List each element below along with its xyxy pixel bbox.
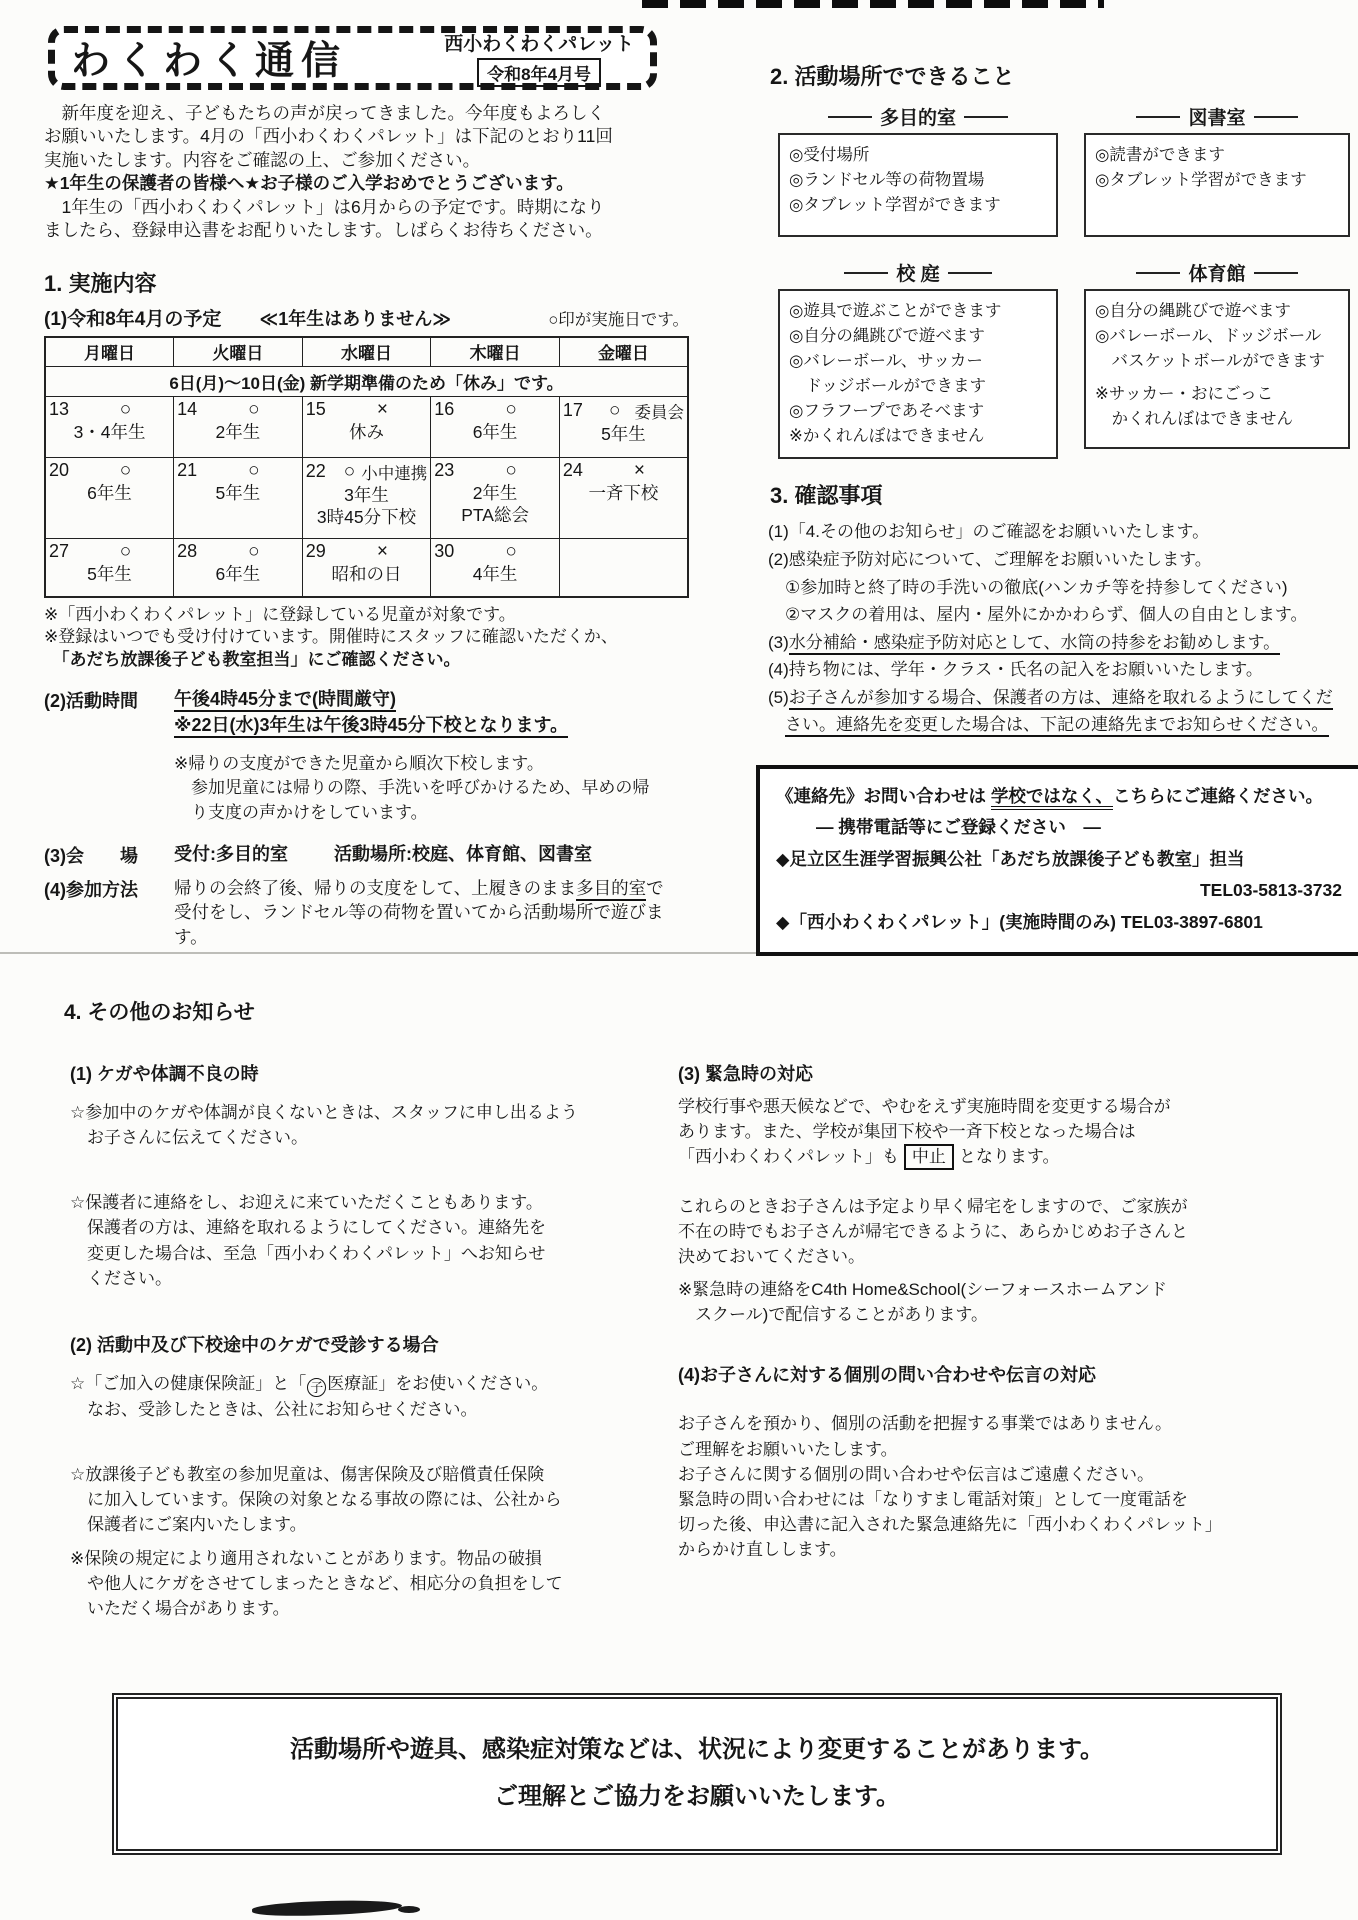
cell-grade: 6年生 [49, 482, 170, 505]
room-item: ◎自分の縄跳びで遊べます [1095, 299, 1339, 324]
cell-date: 24 [563, 460, 595, 481]
cell-date: 13 [49, 399, 81, 420]
scan-artifact-bottom [398, 1906, 420, 1913]
cell-mark: ○ [595, 400, 635, 422]
col-header-tuesday: 火曜日 [174, 337, 303, 367]
venue-value: 受付:多目的室 活動場所:校庭、体育館、図書室 [174, 842, 592, 868]
notice-line: 決めておいてください。 [678, 1244, 1334, 1269]
cell-grade: 2年生 [434, 482, 556, 505]
activity-time-label: (2)活動時間 [44, 687, 174, 737]
item-text: 感染症予防対応について、ご理解をお願いいたします。 [789, 550, 1212, 569]
cell-date: 29 [306, 541, 338, 562]
item-number: (1) [768, 522, 789, 541]
schedule-cell: 13○ 3・4年生 [45, 396, 174, 457]
scan-artifact-top [642, 0, 1104, 8]
item-number: (3) [768, 633, 789, 652]
contact-line: 《連絡先》お問い合わせは 学校ではなく、こちらにご連絡ください。 [776, 781, 1358, 813]
rule-line [1254, 272, 1298, 274]
notice-line: 「西小わくわくパレット」も中止となります。 [678, 1144, 1334, 1169]
room-item: ◎遊具で遊ぶことができます [789, 299, 1047, 324]
notice-line: ☆「ご加入の健康保険証」と「子医療証」をお使いください。 [70, 1371, 630, 1397]
early-dismissal-text: ※22日(水)3年生は午後3時45分下校となります。 [174, 715, 568, 738]
rule-line [828, 116, 872, 118]
activity-time-row: (2)活動時間 午後4時45分まで(時間厳守) ※22日(水)3年生は午後3時4… [44, 687, 692, 737]
masthead-right: 西小わくわくパレット 令和8年4月号 [444, 29, 634, 87]
cell-tag: 委員会 [635, 399, 685, 423]
schedule-cell: 28○ 6年生 [174, 538, 303, 597]
item-number [768, 715, 785, 734]
cell-date: 28 [177, 541, 209, 562]
intro-line: 1年生の「西小わくわくパレット」は6月からの予定です。時期になり [44, 196, 680, 219]
intro-line: ★1年生の保護者の皆様へ★お子様のご入学おめでとうございます。 [44, 172, 680, 195]
cell-mark: × [338, 541, 428, 563]
footer-notice-box: 活動場所や遊具、感染症対策などは、状況により変更することがあります。 ご理解とご… [112, 1693, 1282, 1855]
item-number: (2) [768, 550, 789, 569]
rule-line [1254, 116, 1298, 118]
right-column: 2. 活動場所でできること 多目的室 ◎受付場所 ◎ランドセル等の荷物置場 ◎タ… [692, 26, 1358, 952]
notices-right-column: (3) 緊急時の対応 学校行事や悪天候などで、やむをえず実施時間を変更する場合が… [678, 1060, 1334, 1621]
cell-grade: 6年生 [177, 563, 299, 586]
cell-mark: ○ [209, 399, 299, 421]
cell-grade: 昭和の日 [306, 563, 428, 586]
schedule-cell: 21○ 5年生 [174, 457, 303, 538]
notice4-paragraph: お子さんを預かり、個別の活動を把握する事業ではありません。 ご理解をお願いいたし… [678, 1411, 1334, 1562]
confirmation-item: (5)お子さんが参加する場合、保護者の方は、連絡を取れるようにしてくだ [768, 684, 1358, 712]
schedule-cell: 23○ 2年生 PTA総会 [431, 457, 560, 538]
phone-number: TEL03-3897-6801 [1121, 912, 1263, 932]
contact-org: ◆足立区生涯学習振興公社「あだち放課後子ども教室」担当 [776, 844, 1358, 876]
notice-line: なお、受診したときは、公社にお知らせください。 [70, 1397, 630, 1422]
cell-grade: 休み [306, 421, 428, 444]
item-number: ① [768, 578, 800, 597]
intro-line: 新年度を迎え、子どもたちの声が戻ってきました。今年度もよろしく [44, 102, 680, 125]
cell-mark: ○ [466, 460, 556, 482]
table-header-row: 月曜日 火曜日 水曜日 木曜日 金曜日 [45, 337, 688, 367]
schedule-cell: 30○ 4年生 [431, 538, 560, 597]
cell-grade: 4年生 [434, 563, 556, 586]
cell-mark: ○ [81, 460, 170, 482]
cancel-line-pre: 「西小わくわくパレット」も [678, 1147, 899, 1166]
cell-mark: ○ [466, 399, 556, 421]
notice2-paragraph: ☆放課後子ども教室の参加児童は、傷害保険及び賠償責任保険 に加入しています。保険… [70, 1462, 630, 1537]
cell-date: 16 [434, 399, 466, 420]
scan-artifact-bottom [252, 1898, 402, 1917]
masthead: わくわく通信 西小わくわくパレット 令和8年4月号 [48, 26, 657, 90]
plan-note: ≪1年生はありません≫ [259, 305, 451, 331]
schedule-cell: 16○ 6年生 [431, 396, 560, 457]
venue-reception: 受付:多目的室 [174, 842, 288, 868]
room-header: 多目的室 [778, 103, 1058, 130]
cell-mark: × [338, 399, 428, 421]
confirmation-item: さい。連絡先を変更した場合は、下記の連絡先までお知らせください。 [768, 711, 1358, 739]
contact-intro-post: こちらにご連絡ください。 [1113, 786, 1323, 806]
col-header-monday: 月曜日 [45, 337, 174, 367]
rule-line [1136, 272, 1180, 274]
notice3-paragraph: ※緊急時の連絡をC4th Home&School(シーフォースホームアンド スク… [678, 1277, 1334, 1327]
schedule-table: 月曜日 火曜日 水曜日 木曜日 金曜日 6日(月)〜10日(金) 新学期準備のた… [44, 336, 689, 598]
footer-line: ご理解とご協力をお願いいたします。 [128, 1774, 1266, 1821]
room-schoolyard: 校 庭 ◎遊具で遊ぶことができます ◎自分の縄跳びで遊べます ◎バレーボール、サ… [778, 259, 1058, 459]
join-line1-pre: 帰りの会終了後、帰りの支度をして、上履きのまま [174, 878, 576, 898]
rule-line [844, 272, 888, 274]
note-line: ※登録はいつでも受け付けています。開催時にスタッフに確認いただくか、 [44, 626, 689, 649]
cell-grade: 5年生 [49, 563, 170, 586]
room-item: ◎タブレット学習ができます [1095, 168, 1339, 193]
room-item: ◎バレーボール、サッカー [789, 349, 1047, 374]
item-text: さい。連絡先を変更した場合は、下記の連絡先までお知らせください。 [785, 715, 1329, 737]
confirmation-item: (3)水分補給・感染症予防対応として、水筒の持参をお勧めします。 [768, 629, 1358, 657]
room-item: ◎読書ができます [1095, 143, 1339, 168]
contact-intro: 《連絡先》お問い合わせは [776, 786, 991, 806]
time-notes: ※帰りの支度ができた児童から順次下校します。 参加児童には帰りの際、手洗いを呼び… [174, 752, 692, 826]
room-item: ◎フラフープであそべます [789, 399, 1047, 424]
room-item: ※サッカー・おにごっこ [1095, 382, 1339, 407]
cell-grade: 3・4年生 [49, 421, 170, 444]
room-header: 校 庭 [778, 259, 1058, 286]
room-box: ◎自分の縄跳びで遊べます ◎バレーボール、ドッジボール バスケットボールができま… [1084, 289, 1350, 449]
notice3-paragraph: 学校行事や悪天候などで、やむをえず実施時間を変更する場合が あります。また、学校… [678, 1094, 1334, 1170]
top-section: わくわく通信 西小わくわくパレット 令和8年4月号 新年度を迎え、子どもたちの声… [0, 0, 1358, 952]
cell-note: PTA総会 [434, 504, 556, 527]
room-box: ◎受付場所 ◎ランドセル等の荷物置場 ◎タブレット学習ができます [778, 133, 1058, 237]
item-number: (4) [768, 660, 789, 679]
not-school-emphasis: 学校ではなく、 [991, 786, 1113, 810]
activity-time-value: 午後4時45分まで(時間厳守) ※22日(水)3年生は午後3時45分下校となりま… [174, 687, 568, 737]
item-text: 「4.その他のお知らせ」のご確認をお願いいたします。 [789, 522, 1209, 541]
notice-line: 緊急時の問い合わせには「なりすまし電話対策」として一度電話を [678, 1487, 1334, 1512]
confirmation-item: ②マスクの着用は、屋内・屋外にかかわらず、個人の自由とします。 [768, 601, 1358, 629]
cell-date: 17 [563, 400, 595, 421]
confirmation-item: (4)持ち物には、学年・クラス・氏名の記入をお願いいたします。 [768, 656, 1358, 684]
contact-register-note: ― 携帯電話等にご登録ください ― [816, 812, 1358, 844]
room-header: 図書室 [1084, 103, 1350, 130]
rule-line [964, 116, 1008, 118]
room-item: ◎自分の縄跳びで遊べます [789, 324, 1047, 349]
cell-tag: 小中連携 [361, 460, 427, 484]
cell-date: 27 [49, 541, 81, 562]
notice1-title: (1) ケガや体調不良の時 [70, 1060, 630, 1086]
notice-line: からかけ直しします。 [678, 1537, 1334, 1562]
cell-date: 30 [434, 541, 466, 562]
cell-date: 14 [177, 399, 209, 420]
cell-mark: ○ [209, 541, 299, 563]
newsletter-title: わくわく通信 [71, 30, 347, 86]
contact-palette-line: ◆「西小わくわくパレット」(実施時間のみ) TEL03-3897-6801 [776, 907, 1358, 939]
room-item: ドッジボールができます [789, 374, 1047, 399]
intro-paragraph: 新年度を迎え、子どもたちの声が戻ってきました。今年度もよろしく お願いいたします… [44, 102, 680, 243]
confirmation-item: (2)感染症予防対応について、ご理解をお願いいたします。 [768, 546, 1358, 574]
contact-box: 《連絡先》お問い合わせは 学校ではなく、こちらにご連絡ください。 ― 携帯電話等… [756, 765, 1358, 957]
room-library: 図書室 ◎読書ができます ◎タブレット学習ができます [1084, 103, 1350, 237]
cell-mark: ○ [466, 541, 556, 563]
cell-grade: 5年生 [563, 423, 684, 446]
cell-date: 21 [177, 460, 209, 481]
plan-legend: ○印が実施日です。 [548, 306, 689, 330]
note-line: り支度の声かけをしています。 [174, 801, 692, 826]
week-row: 13○ 3・4年生 14○ 2年生 15× 休み 16○ 6年生 [45, 396, 688, 457]
room-item: バスケットボールができます [1095, 349, 1339, 374]
notice-line: ☆参加中のケガや体調が良くないときは、スタッフに申し出るよう [70, 1100, 630, 1125]
room-item: ※かくれんぼはできません [789, 424, 1047, 449]
schedule-cell: 17○委員会 5年生 [559, 396, 688, 457]
schedule-cell-empty [559, 538, 688, 597]
note-line: ※「西小わくわくパレット」に登録している児童が対象です。 [44, 604, 689, 627]
item-number: (5) [768, 688, 789, 707]
contact-palette: ◆「西小わくわくパレット」(実施時間のみ) [776, 912, 1121, 932]
section1-heading: 1. 実施内容 [44, 267, 692, 298]
intro-line: お願いいたします。4月の「西小わくわくパレット」は下記のとおり11回 [44, 125, 680, 148]
notice-line: ☆保護者に連絡をし、お迎えに来ていただくこともあります。 [70, 1190, 630, 1215]
venue-places: 活動場所:校庭、体育館、図書室 [334, 842, 592, 868]
col-header-wednesday: 水曜日 [302, 337, 431, 367]
section4-heading: 4. その他のお知らせ [64, 996, 1358, 1026]
closed-week-row: 6日(月)〜10日(金) 新学期準備のため「休み」です。 [45, 366, 688, 396]
notice1-paragraph: ☆参加中のケガや体調が良くないときは、スタッフに申し出るよう お子さんに伝えてく… [70, 1100, 630, 1150]
note-line: 「あだち放課後子ども教室担当」にご確認ください。 [44, 649, 689, 672]
room-gym: 体育館 ◎自分の縄跳びで遊べます ◎バレーボール、ドッジボール バスケットボール… [1084, 259, 1350, 459]
schedule-cell: 27○ 5年生 [45, 538, 174, 597]
item-text: 参加時と終了時の手洗いの徹底(ハンカチ等を持参してください) [800, 578, 1287, 597]
cell-mark: ○ [81, 541, 170, 563]
cell-grade: 6年生 [434, 421, 556, 444]
rule-line [948, 272, 992, 274]
confirmation-item: (1)「4.その他のお知らせ」のご確認をお願いいたします。 [768, 518, 1358, 546]
cell-date: 20 [49, 460, 81, 481]
notice-line: お子さんを預かり、個別の活動を把握する事業ではありません。 [678, 1411, 1334, 1436]
room-item: ◎バレーボール、ドッジボール [1095, 324, 1339, 349]
notices-left-column: (1) ケガや体調不良の時 ☆参加中のケガや体調が良くないときは、スタッフに申し… [70, 1060, 630, 1621]
item-number: ② [768, 605, 800, 624]
notice-line: いただく場合があります。 [70, 1596, 630, 1621]
room-name: 体育館 [1182, 259, 1251, 286]
rule-line [1136, 116, 1180, 118]
note-line: 参加児童には帰りの際、手洗いを呼びかけるため、早めの帰 [174, 776, 692, 801]
room-name: 多目的室 [874, 103, 962, 130]
notice-line: 学校行事や悪天候などで、やむをえず実施時間を変更する場合が [678, 1094, 1334, 1119]
schedule-cell: 20○ 6年生 [45, 457, 174, 538]
insurance-line-pre: ☆「ご加入の健康保険証」と「 [70, 1374, 306, 1393]
intro-line: 実施いたします。内容をご確認の上、ご参加ください。 [44, 149, 680, 172]
join-method-value: 帰りの会終了後、帰りの支度をして、上履きのまま多目的室で 受付をし、ランドセル等… [174, 876, 692, 950]
room-item: ◎受付場所 [789, 143, 1047, 168]
week-row: 20○ 6年生 21○ 5年生 22○小中連携 3年生 3時45分下校 23○ [45, 457, 688, 538]
left-column: わくわく通信 西小わくわくパレット 令和8年4月号 新年度を迎え、子どもたちの声… [44, 26, 692, 952]
join-line1-emphasis: 多目的室 [576, 878, 646, 901]
cell-mark: ○ [81, 399, 170, 421]
notice2-paragraph: ☆「ご加入の健康保険証」と「子医療証」をお使いください。 なお、受診したときは、… [70, 1371, 630, 1422]
circled-child-mark: 子 [307, 1378, 326, 1397]
notice-line: ※保険の規定により適用されないことがあります。物品の破損 [70, 1546, 630, 1571]
notice4-title: (4)お子さんに対する個別の問い合わせや伝言の対応 [678, 1361, 1334, 1387]
notice-line: 切った後、申込書に記入された緊急連絡先に「西小わくわくパレット」 [678, 1512, 1334, 1537]
venue-row: (3)会 場 受付:多目的室 活動場所:校庭、体育館、図書室 [44, 842, 692, 868]
notice-line: あります。また、学校が集団下校や一斉下校となった場合は [678, 1119, 1334, 1144]
item-text: お子さんが参加する場合、保護者の方は、連絡を取れるようにしてくだ [789, 688, 1333, 710]
notice2-title: (2) 活動中及び下校途中のケガで受診する場合 [70, 1331, 630, 1357]
cell-grade: 5年生 [177, 482, 299, 505]
notice2-paragraph: ※保険の規定により適用されないことがあります。物品の破損 や他人にケガをさせてし… [70, 1546, 630, 1621]
notice-line: これらのときお子さんは予定より早く帰宅をしますので、ご家族が [678, 1194, 1334, 1219]
notice-line: スクール)で配信することがあります。 [678, 1302, 1334, 1327]
col-header-thursday: 木曜日 [431, 337, 560, 367]
cell-grade: 一斉下校 [563, 482, 684, 505]
notice3-title: (3) 緊急時の対応 [678, 1060, 1334, 1086]
cell-mark: ○ [338, 461, 362, 483]
program-name: 西小わくわくパレット [444, 34, 634, 55]
col-header-friday: 金曜日 [559, 337, 688, 367]
notice-line: や他人にケガをさせてしまったときなど、相応分の負担をして [70, 1571, 630, 1596]
notice-line: 不在の時でもお子さんが帰宅できるように、あらかじめお子さんと [678, 1219, 1334, 1244]
join-method-row: (4)参加方法 帰りの会終了後、帰りの支度をして、上履きのまま多目的室で 受付を… [44, 876, 692, 950]
room-name: 校 庭 [890, 259, 945, 286]
notice-line: お子さんに伝えてください。 [70, 1125, 630, 1150]
section2-heading: 2. 活動場所でできること [770, 60, 1358, 91]
room-header: 体育館 [1084, 259, 1350, 286]
notice-line: に加入しています。保険の対象となる事故の際には、公社から [70, 1487, 630, 1512]
week-row: 27○ 5年生 28○ 6年生 29× 昭和の日 30○ 4年生 [45, 538, 688, 597]
insurance-line-post: 医療証」をお使いください。 [327, 1374, 548, 1393]
section1-subheader: (1)令和8年4月の予定 ≪1年生はありません≫ ○印が実施日です。 [44, 304, 689, 331]
cell-grade: 3年生 [306, 484, 428, 507]
phone-number: TEL03-5813-3732 [776, 875, 1358, 907]
notice-line: ※緊急時の連絡をC4th Home&School(シーフォースホームアンド [678, 1277, 1334, 1302]
time-limit-text: 午後4時45分まで(時間厳守) [174, 689, 396, 712]
note-line: ※帰りの支度ができた児童から順次下校します。 [174, 752, 692, 777]
notice3-paragraph: これらのときお子さんは予定より早く帰宅をしますので、ご家族が 不在の時でもお子さ… [678, 1194, 1334, 1269]
notice-line: ください。 [70, 1266, 630, 1291]
room-item: かくれんぼはできません [1095, 407, 1339, 432]
join-method-label: (4)参加方法 [44, 876, 174, 950]
cell-mark: ○ [209, 460, 299, 482]
confirmation-list: (1)「4.その他のお知らせ」のご確認をお願いいたします。 (2)感染症予防対応… [768, 518, 1358, 738]
rooms-grid: 多目的室 ◎受付場所 ◎ランドセル等の荷物置場 ◎タブレット学習ができます 図書… [778, 103, 1358, 459]
cell-date: 23 [434, 460, 466, 481]
room-box: ◎遊具で遊ぶことができます ◎自分の縄跳びで遊べます ◎バレーボール、サッカー … [778, 289, 1058, 459]
plan-label: (1)令和8年4月の予定 [44, 304, 221, 331]
newsletter-page: わくわく通信 西小わくわくパレット 令和8年4月号 新年度を迎え、子どもたちの声… [0, 0, 1358, 1920]
room-multipurpose: 多目的室 ◎受付場所 ◎ランドセル等の荷物置場 ◎タブレット学習ができます [778, 103, 1058, 237]
notice-line: ☆放課後子ども教室の参加児童は、傷害保険及び賠償責任保険 [70, 1462, 630, 1487]
notice-line: 変更した場合は、至急「西小わくわくパレット」へお知らせ [70, 1241, 630, 1266]
join-line2: 受付をし、ランドセル等の荷物を置いてから活動場所で遊びます。 [174, 902, 663, 947]
footer-line: 活動場所や遊具、感染症対策などは、状況により変更することがあります。 [128, 1727, 1266, 1774]
notice-line: 保護者にご案内いたします。 [70, 1512, 630, 1537]
venue-label: (3)会 場 [44, 842, 174, 868]
issue-badge: 令和8年4月号 [477, 58, 601, 87]
item-text: 持ち物には、学年・クラス・氏名の記入をお願いいたします。 [789, 660, 1263, 679]
notice-line: お子さんに関する個別の問い合わせや伝言はご遠慮ください。 [678, 1462, 1334, 1487]
item-text: 水分補給・感染症予防対応として、水筒の持参をお勧めします。 [789, 633, 1280, 655]
schedule-cell: 22○小中連携 3年生 3時45分下校 [302, 457, 431, 538]
schedule-cell: 24× 一斉下校 [559, 457, 688, 538]
notice1-paragraph: ☆保護者に連絡をし、お迎えに来ていただくこともあります。 保護者の方は、連絡を取… [70, 1190, 630, 1291]
schedule-cell: 14○ 2年生 [174, 396, 303, 457]
cancel-line-post: となります。 [959, 1147, 1060, 1166]
confirmation-item: ①参加時と終了時の手洗いの徹底(ハンカチ等を持参してください) [768, 574, 1358, 602]
cell-grade: 2年生 [177, 421, 299, 444]
schedule-cell: 29× 昭和の日 [302, 538, 431, 597]
closed-week-note: 6日(月)〜10日(金) 新学期準備のため「休み」です。 [45, 366, 688, 396]
section3-heading: 3. 確認事項 [770, 479, 1358, 510]
notice-line: 保護者の方は、連絡を取れるようにしてください。連絡先を [70, 1215, 630, 1240]
other-notices: (1) ケガや体調不良の時 ☆参加中のケガや体調が良くないときは、スタッフに申し… [0, 1060, 1358, 1621]
cell-date: 15 [306, 399, 338, 420]
room-item: ◎ランドセル等の荷物置場 [789, 168, 1047, 193]
cell-date: 22 [306, 461, 338, 482]
room-item: ◎タブレット学習ができます [789, 193, 1047, 218]
room-box: ◎読書ができます ◎タブレット学習ができます [1084, 133, 1350, 237]
cancelled-badge: 中止 [904, 1144, 954, 1169]
room-name: 図書室 [1182, 103, 1251, 130]
intro-line: ましたら、登録申込書をお配りいたします。しばらくお待ちください。 [44, 219, 680, 242]
schedule-cell: 15× 休み [302, 396, 431, 457]
item-text: マスクの着用は、屋内・屋外にかかわらず、個人の自由とします。 [800, 605, 1307, 624]
table-notes: ※「西小わくわくパレット」に登録している児童が対象です。 ※登録はいつでも受け付… [44, 604, 689, 672]
cell-note: 3時45分下校 [306, 506, 428, 529]
cell-mark: × [595, 460, 684, 482]
notice-line: ご理解をお願いいたします。 [678, 1437, 1334, 1462]
join-line1-post: で [646, 878, 664, 898]
